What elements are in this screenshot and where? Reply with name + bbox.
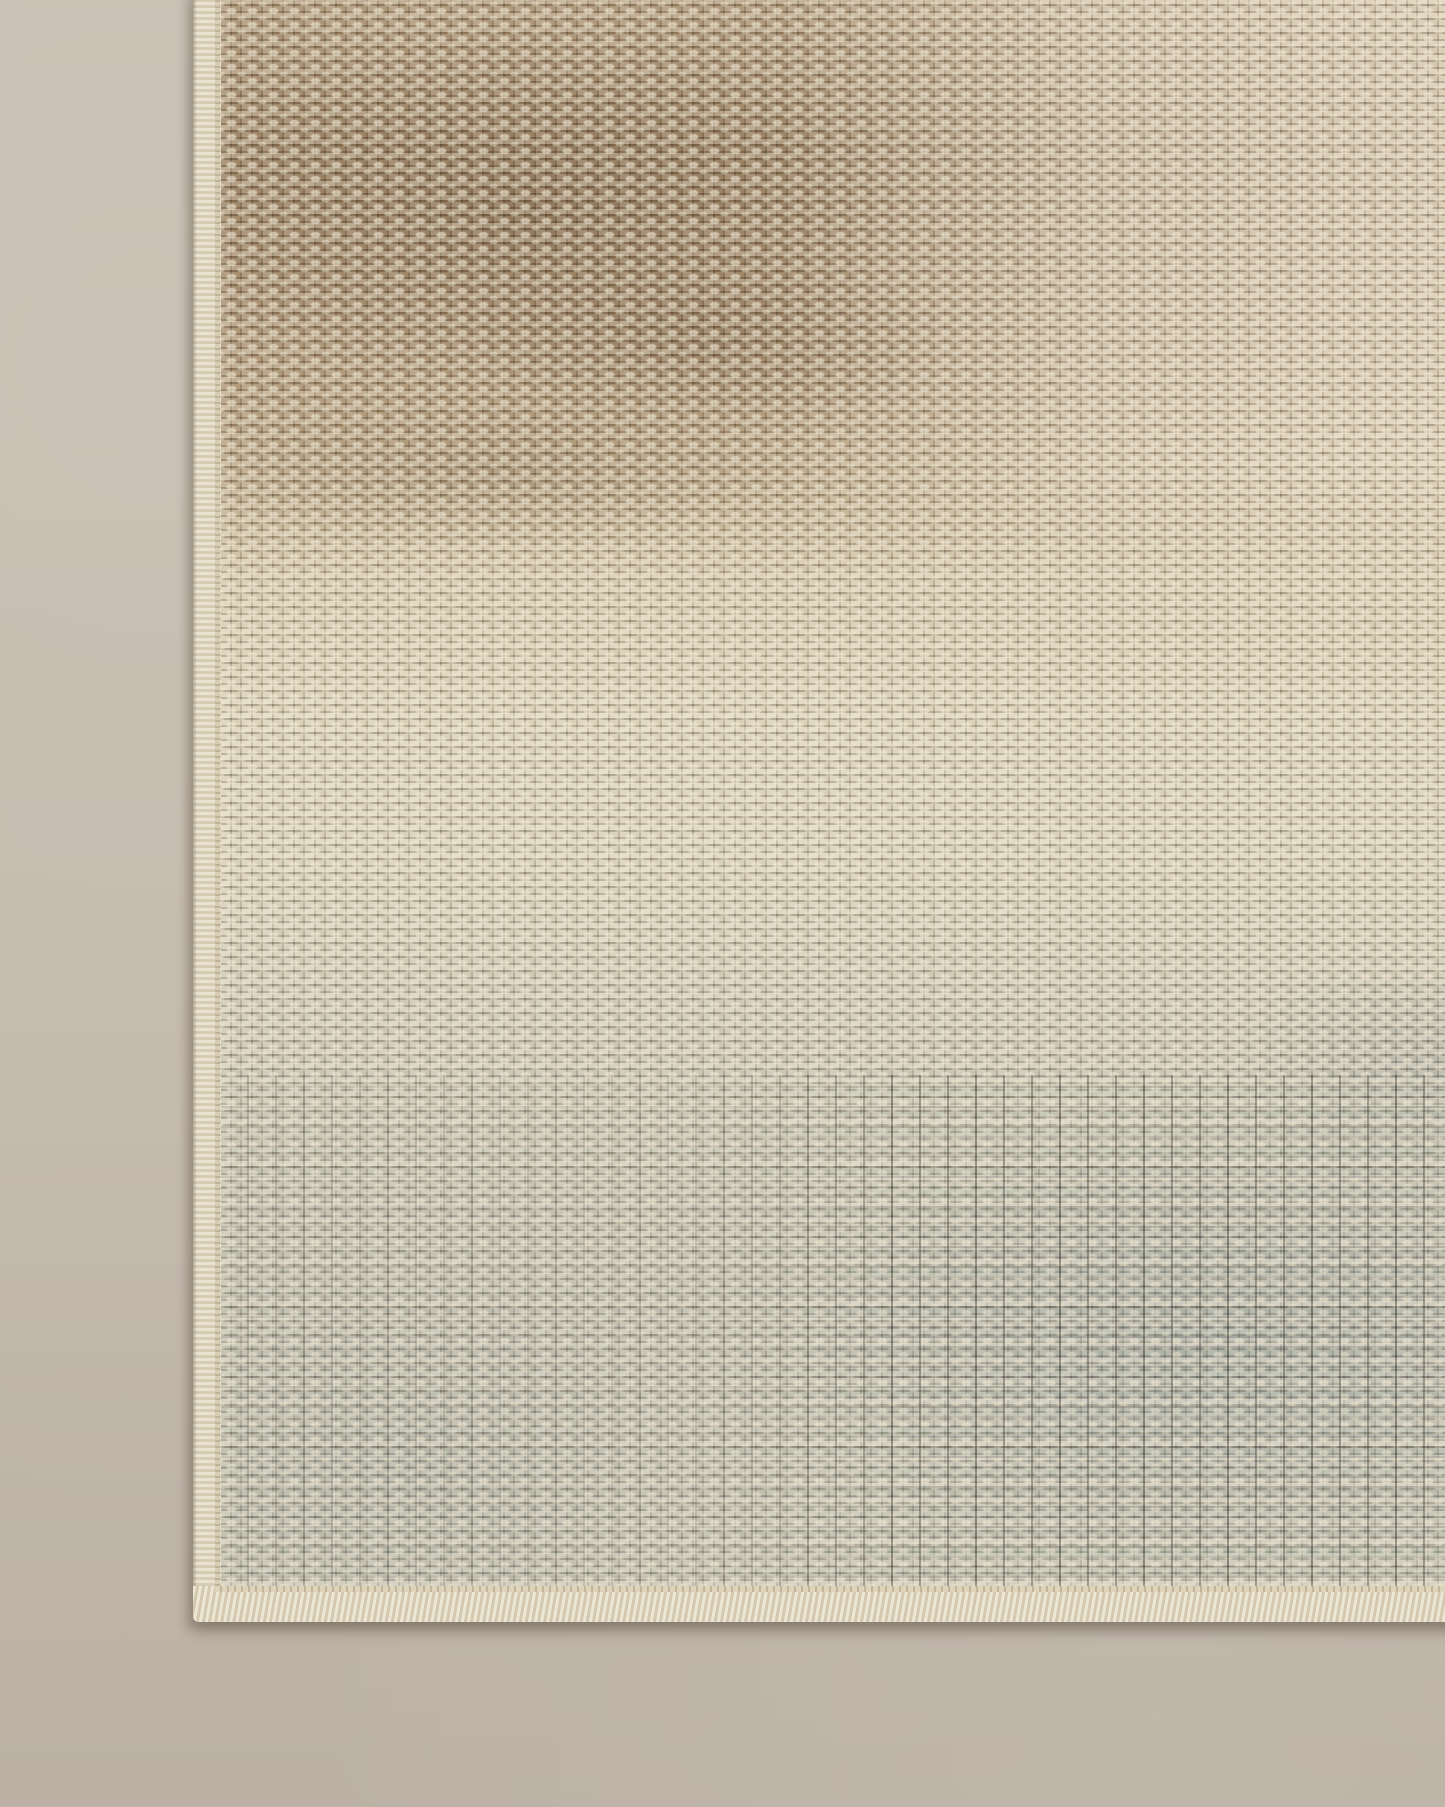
binding-stitch-left: [215, 0, 220, 1592]
rug-woven-field: [221, 0, 1445, 1586]
binding-edge-shadow: [193, 0, 197, 1622]
weave-basketweave: [221, 1075, 1445, 1586]
photo-scene: [0, 0, 1445, 1807]
binding-stitch-bottom: [215, 1586, 1445, 1592]
rug: [193, 0, 1445, 1622]
